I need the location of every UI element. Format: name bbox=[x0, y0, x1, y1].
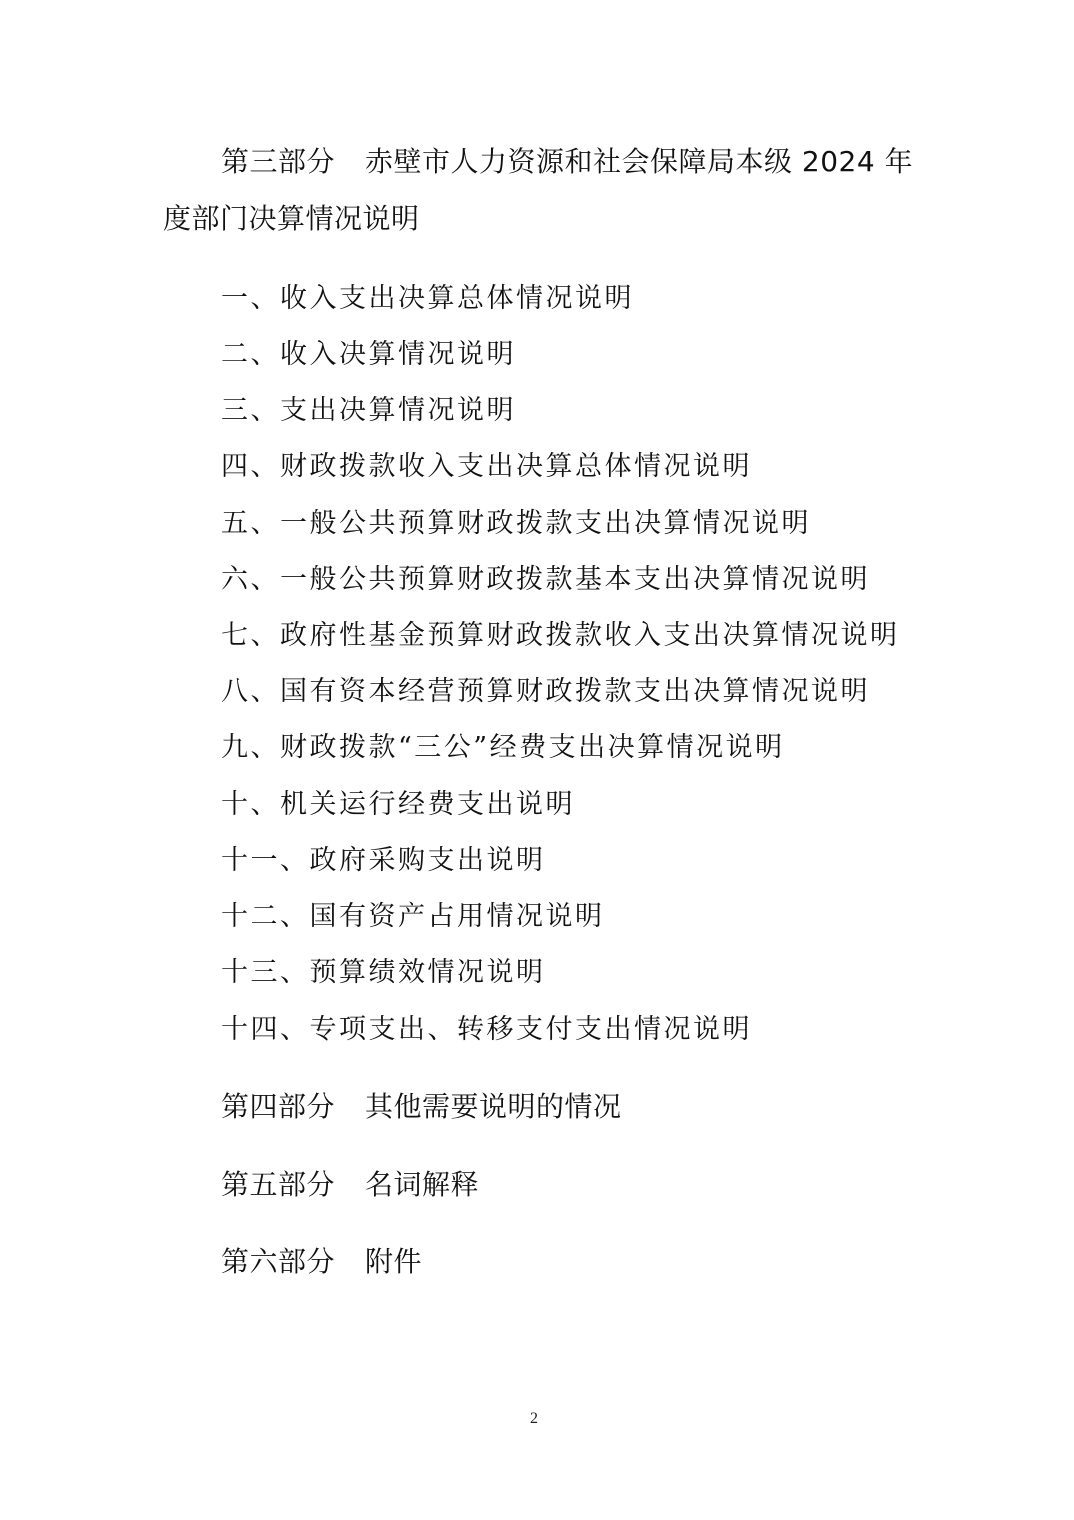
toc-item: 六、一般公共预算财政拨款基本支出决算情况说明 bbox=[221, 557, 870, 596]
part-title: 名词解释 bbox=[365, 1168, 479, 1201]
toc-item: 十四、专项支出、转移支付支出情况说明 bbox=[221, 1007, 752, 1046]
part-heading: 第六部分附件 bbox=[221, 1240, 422, 1280]
part-title: 附件 bbox=[365, 1245, 422, 1278]
toc-item: 八、国有资本经营预算财政拨款支出决算情况说明 bbox=[221, 669, 870, 708]
part-label: 第四部分 bbox=[221, 1090, 335, 1123]
toc-item: 二、收入决算情况说明 bbox=[221, 332, 516, 371]
toc-item: 十一、政府采购支出说明 bbox=[221, 838, 546, 877]
toc-item: 十三、预算绩效情况说明 bbox=[221, 950, 546, 989]
part-label: 第五部分 bbox=[221, 1168, 335, 1201]
section-title: 赤壁市人力资源和社会保障局本级 2024 年 bbox=[365, 145, 913, 178]
part-label: 第六部分 bbox=[221, 1245, 335, 1278]
document-page: 第三部分赤壁市人力资源和社会保障局本级 2024 年 度部门决算情况说明 一、收… bbox=[0, 0, 1074, 1520]
toc-item: 三、支出决算情况说明 bbox=[221, 388, 516, 427]
toc-item: 九、财政拨款“三公”经费支出决算情况说明 bbox=[221, 725, 785, 764]
part-title: 其他需要说明的情况 bbox=[365, 1090, 622, 1123]
toc-item: 十、机关运行经费支出说明 bbox=[221, 782, 575, 821]
section-part-label: 第三部分 bbox=[221, 145, 335, 178]
section-heading-line1: 第三部分赤壁市人力资源和社会保障局本级 2024 年 bbox=[221, 140, 913, 180]
toc-item: 十二、国有资产占用情况说明 bbox=[221, 894, 605, 933]
toc-item: 七、政府性基金预算财政拨款收入支出决算情况说明 bbox=[221, 613, 900, 652]
toc-item: 五、一般公共预算财政拨款支出决算情况说明 bbox=[221, 501, 811, 540]
toc-item: 一、收入支出决算总体情况说明 bbox=[221, 276, 634, 315]
toc-item: 四、财政拨款收入支出决算总体情况说明 bbox=[221, 444, 752, 483]
section-heading-line2: 度部门决算情况说明 bbox=[163, 197, 420, 237]
part-heading: 第四部分其他需要说明的情况 bbox=[221, 1085, 622, 1125]
part-heading: 第五部分名词解释 bbox=[221, 1163, 479, 1203]
page-number: 2 bbox=[530, 1410, 538, 1428]
